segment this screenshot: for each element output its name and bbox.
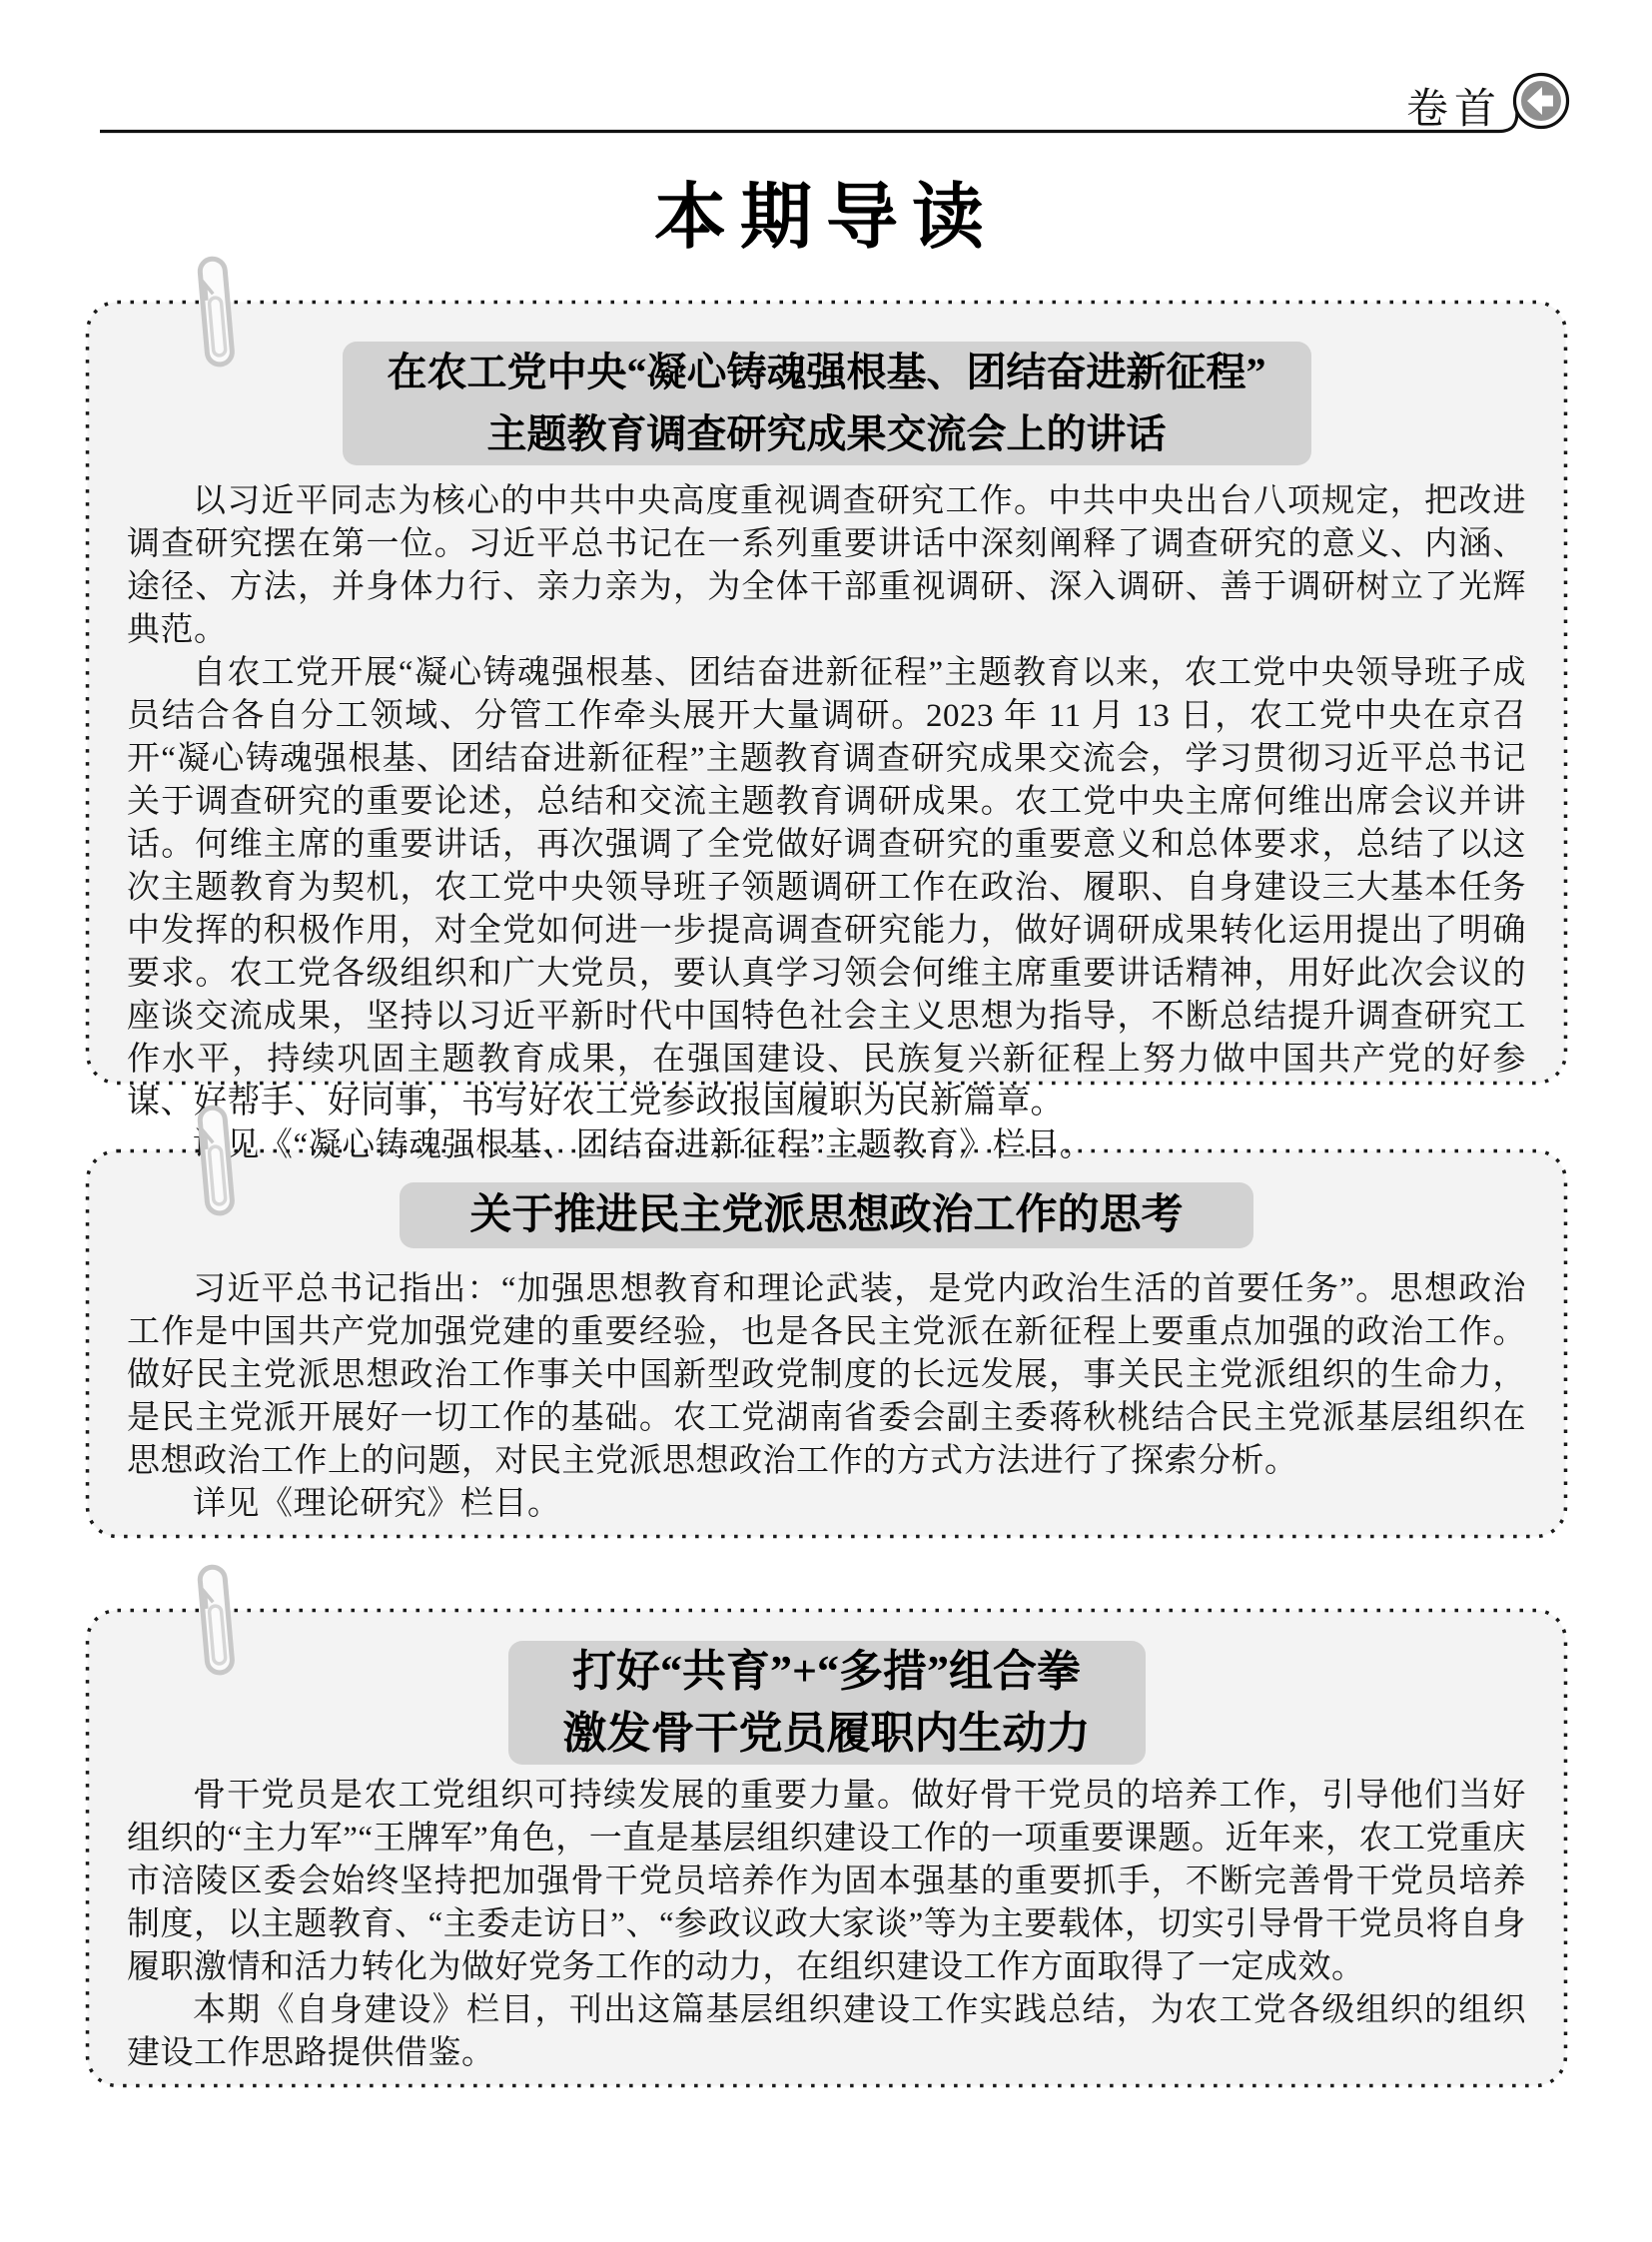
page: 卷首 本期导读 在农工党中央“凝心铸魂强根基、团结奋进新征程” 主题教育调查研究… [0, 178, 1652, 2088]
article-title-line: 关于推进民主党派思想政治工作的思考 [469, 1182, 1183, 1248]
article-title-line: 主题教育调查研究成果交流会上的讲话 [388, 403, 1266, 465]
section-lead-article: 在农工党中央“凝心铸魂强根基、团结奋进新征程” 主题教育调查研究成果交流会上的讲… [85, 300, 1568, 1086]
section-selfbuilding-article: 打好“共育”+“多措”组合拳 激发骨干党员履职内生动力 骨干党员是农工党组织可持… [85, 1608, 1568, 2088]
article-title-line: 激发骨干党员履职内生动力 [563, 1703, 1091, 1765]
paragraph: 本期《自身建设》栏目，刊出这篇基层组织建设工作实践总结，为农工党各级组织的组织建… [127, 1989, 1526, 2075]
paragraph: 详见《理论研究》栏目。 [127, 1483, 1526, 1526]
article-title: 打好“共育”+“多措”组合拳 激发骨干党员履职内生动力 [508, 1641, 1146, 1765]
page-title: 本期导读 [0, 178, 1652, 258]
section-theory-article: 关于推进民主党派思想政治工作的思考 习近平总书记指出：“加强思想教育和理论武装，… [85, 1148, 1568, 1539]
article-title-line: 在农工党中央“凝心铸魂强根基、团结奋进新征程” [388, 342, 1266, 403]
article-title: 关于推进民主党派思想政治工作的思考 [400, 1182, 1252, 1248]
paragraph: 以习近平同志为核心的中共中央高度重视调查研究工作。中共中央出台八项规定，把改进调… [127, 480, 1526, 652]
paragraph: 骨干党员是农工党组织可持续发展的重要力量。做好骨干党员的培养工作，引导他们当好组… [127, 1775, 1526, 1989]
back-icon[interactable] [1515, 75, 1568, 128]
paragraph: 自农工党开展“凝心铸魂强根基、团结奋进新征程”主题教育以来，农工党中央领导班子成… [127, 652, 1526, 1124]
article-title-line: 打好“共育”+“多措”组合拳 [563, 1641, 1091, 1703]
header-label: 卷首 [1406, 76, 1502, 136]
article-title: 在农工党中央“凝心铸魂强根基、团结奋进新征程” 主题教育调查研究成果交流会上的讲… [343, 342, 1311, 465]
paperclip-icon [195, 254, 239, 374]
paragraph: 习近平总书记指出：“加强思想教育和理论武装，是党内政治生活的首要任务”。思想政治… [127, 1268, 1526, 1483]
paperclip-icon [195, 1562, 239, 1682]
header-rule [0, 0, 1652, 150]
paperclip-icon [195, 1103, 239, 1222]
